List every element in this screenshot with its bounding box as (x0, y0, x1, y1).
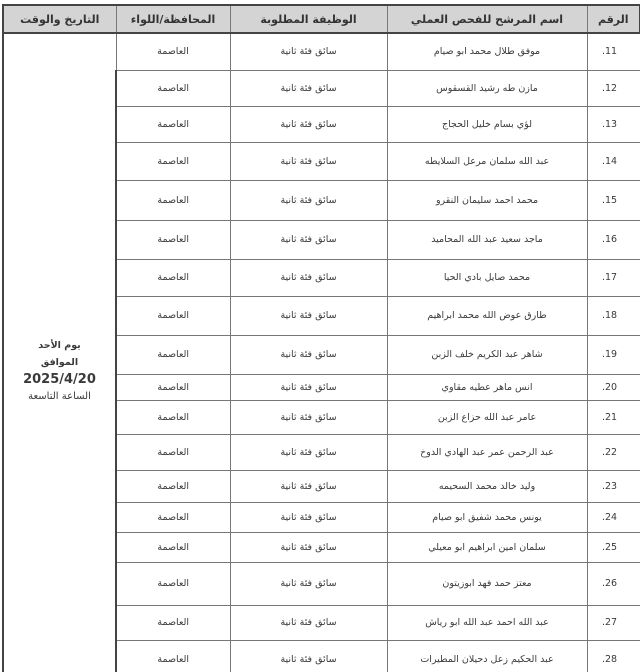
row-number-text: 13. (602, 119, 617, 130)
candidate-name: ماجد سعيد عبد الله المحاميد (387, 220, 587, 259)
candidate-name: يونس محمد شفيق ابو صيام (387, 502, 587, 532)
candidate-name: مازن طه رشيد القسقوس (387, 70, 587, 106)
job-title: سائق فئة ثانية (230, 470, 387, 502)
job-title: سائق فئة ثانية (230, 434, 387, 470)
row-number-text: 23. (602, 481, 617, 492)
row-number: 28. (587, 640, 640, 672)
schedule-cell: يوم الأحدالموافق2025/4/20الساعة التاسعة (3, 33, 116, 672)
table-row: 11.موفق طلال محمد ابو صيامسائق فئة ثانية… (3, 33, 640, 70)
candidate-name: عامر عبد الله حزاع الزبن (387, 400, 587, 434)
governorate: العاصمة (116, 562, 230, 605)
row-number-text: 26. (602, 578, 617, 589)
job-title: سائق فئة ثانية (230, 106, 387, 142)
row-number-text: 15. (602, 195, 617, 206)
candidate-name: عبد الله سلمان مرعل السلايطه (387, 142, 587, 180)
row-number: 25. (587, 532, 640, 562)
row-number-text: 27. (602, 617, 617, 628)
table-body: 11.موفق طلال محمد ابو صيامسائق فئة ثانية… (3, 33, 640, 672)
job-title: سائق فئة ثانية (230, 180, 387, 220)
governorate: العاصمة (116, 335, 230, 374)
row-number-text: 24. (602, 512, 617, 523)
row-number: 15. (587, 180, 640, 220)
governorate: العاصمة (116, 470, 230, 502)
row-number: 18. (587, 296, 640, 335)
job-title: سائق فئة ثانية (230, 142, 387, 180)
schedule-time: الساعة التاسعة (4, 388, 115, 405)
job-title: سائق فئة ثانية (230, 259, 387, 296)
row-number-text: 25. (602, 542, 617, 553)
job-title: سائق فئة ثانية (230, 502, 387, 532)
candidate-name: عبد الله احمد عبد الله ابو رياش (387, 605, 587, 640)
row-number: 11. (587, 33, 640, 70)
candidate-name: محمد صايل بادي الحيا (387, 259, 587, 296)
candidate-name: سلمان امين ابراهيم ابو معيلي (387, 532, 587, 562)
row-number-text: 11. (602, 46, 617, 57)
governorate: العاصمة (116, 296, 230, 335)
governorate: العاصمة (116, 142, 230, 180)
row-number-text: 16. (602, 234, 617, 245)
governorate: العاصمة (116, 374, 230, 400)
row-number: 20. (587, 374, 640, 400)
header-number: الرقم (587, 5, 640, 33)
header-job: الوظيفة المطلوبة (230, 5, 387, 33)
row-number-text: 21. (602, 412, 617, 423)
candidate-name: طارق عوض الله محمد ابراهيم (387, 296, 587, 335)
row-number: 17. (587, 259, 640, 296)
header-row: الرقم اسم المرشح للفحص العملي الوظيفة ال… (3, 5, 640, 33)
governorate: العاصمة (116, 502, 230, 532)
row-number-text: 12. (602, 83, 617, 94)
candidate-name: عبد الحكيم زعل دحيلان المطيرات (387, 640, 587, 672)
schedule-date: 2025/4/20 (4, 371, 115, 388)
row-number-text: 14. (602, 156, 617, 167)
row-number: 23. (587, 470, 640, 502)
governorate: العاصمة (116, 180, 230, 220)
job-title: سائق فئة ثانية (230, 374, 387, 400)
row-number: 22. (587, 434, 640, 470)
row-number: 14. (587, 142, 640, 180)
row-number: 26. (587, 562, 640, 605)
candidate-name: انس ماهر عطيه مقاوي (387, 374, 587, 400)
candidate-name: لؤي بسام خليل الحجاج (387, 106, 587, 142)
job-title: سائق فئة ثانية (230, 296, 387, 335)
row-number-text: 18. (602, 310, 617, 321)
row-number-text: 17. (602, 272, 617, 283)
job-title: سائق فئة ثانية (230, 220, 387, 259)
row-number-text: 22. (602, 447, 617, 458)
row-number: 16. (587, 220, 640, 259)
governorate: العاصمة (116, 532, 230, 562)
row-number-text: 20. (602, 382, 617, 393)
job-title: سائق فئة ثانية (230, 532, 387, 562)
governorate: العاصمة (116, 605, 230, 640)
job-title: سائق فئة ثانية (230, 640, 387, 672)
governorate: العاصمة (116, 70, 230, 106)
row-number: 21. (587, 400, 640, 434)
row-number: 24. (587, 502, 640, 532)
header-datetime: التاريخ والوقت (3, 5, 116, 33)
job-title: سائق فئة ثانية (230, 335, 387, 374)
header-governorate: المحافظة/اللواء (116, 5, 230, 33)
row-number: 27. (587, 605, 640, 640)
governorate: العاصمة (116, 33, 230, 70)
candidate-name: معتز حمد فهد ابوزيتون (387, 562, 587, 605)
job-title: سائق فئة ثانية (230, 605, 387, 640)
row-number: 19. (587, 335, 640, 374)
schedule-corresponding: الموافق (4, 354, 115, 371)
governorate: العاصمة (116, 434, 230, 470)
row-number-text: 19. (602, 349, 617, 360)
job-title: سائق فئة ثانية (230, 33, 387, 70)
row-number: 12. (587, 70, 640, 106)
candidate-name: عبد الرحمن عمر عبد الهادي الدوخ (387, 434, 587, 470)
candidate-name: وليد خالد محمد السحيمه (387, 470, 587, 502)
schedule-day: يوم الأحد (4, 337, 115, 354)
governorate: العاصمة (116, 220, 230, 259)
header-name: اسم المرشح للفحص العملي (387, 5, 587, 33)
governorate: العاصمة (116, 400, 230, 434)
row-number-text: 28. (602, 654, 617, 665)
candidate-name: موفق طلال محمد ابو صيام (387, 33, 587, 70)
candidates-table: الرقم اسم المرشح للفحص العملي الوظيفة ال… (2, 4, 640, 672)
job-title: سائق فئة ثانية (230, 562, 387, 605)
governorate: العاصمة (116, 106, 230, 142)
job-title: سائق فئة ثانية (230, 70, 387, 106)
candidate-name: محمد احمد سليمان النقرو (387, 180, 587, 220)
candidate-name: شاهر عبد الكريم خلف الزبن (387, 335, 587, 374)
governorate: العاصمة (116, 259, 230, 296)
job-title: سائق فئة ثانية (230, 400, 387, 434)
governorate: العاصمة (116, 640, 230, 672)
row-number: 13. (587, 106, 640, 142)
